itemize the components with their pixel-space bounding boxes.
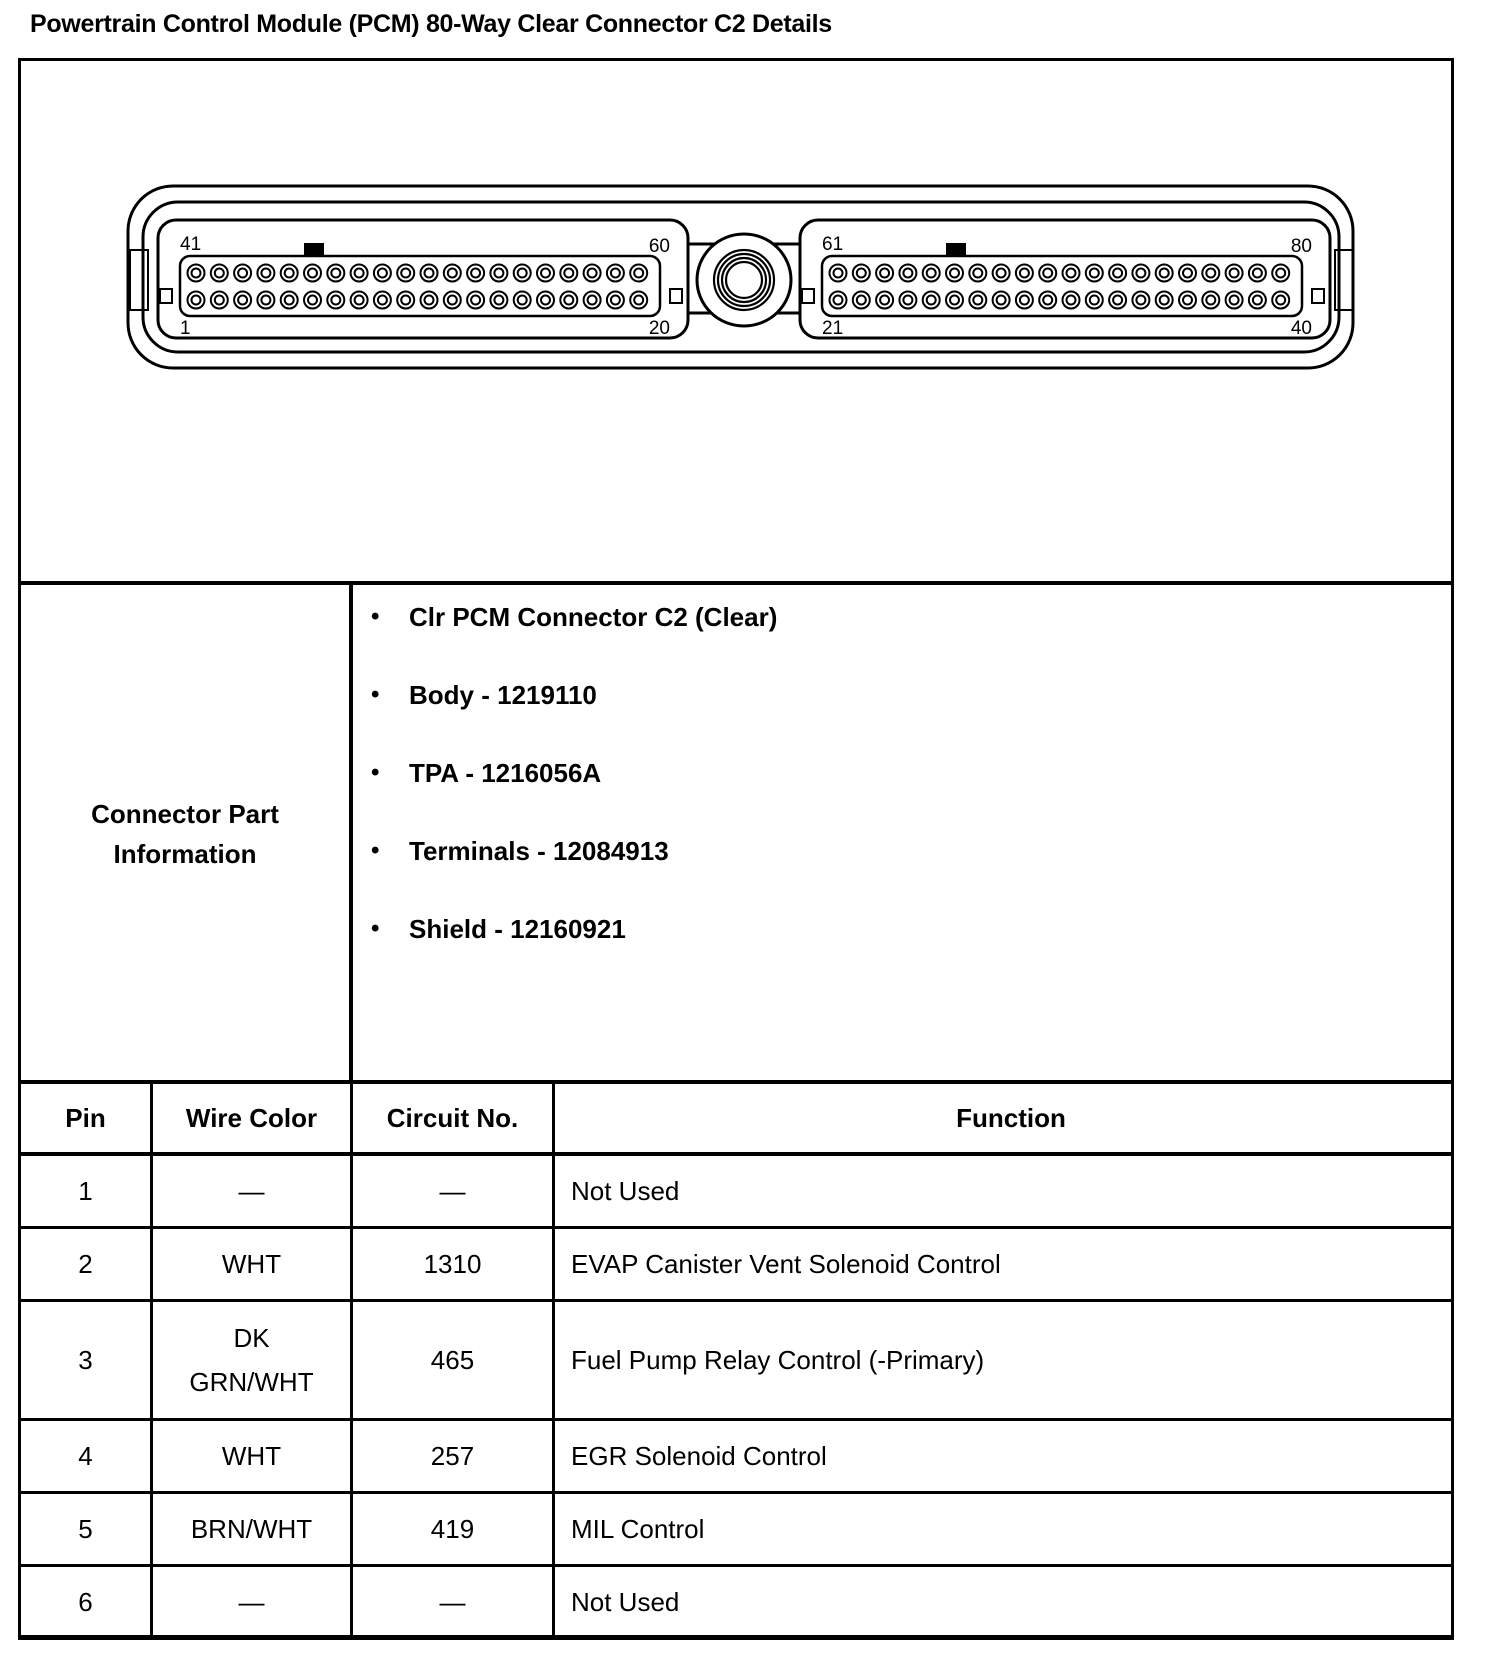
- pin-terminal: [584, 265, 601, 282]
- pin-terminal: [1249, 292, 1266, 309]
- pin-terminal-inner: [634, 269, 643, 278]
- table-row: 1 — — Not Used: [20, 1154, 1453, 1228]
- pin-terminal-inner: [1090, 296, 1099, 305]
- pin-terminal-inner: [355, 269, 364, 278]
- latch-slot: [1312, 289, 1324, 303]
- page-title: Powertrain Control Module (PCM) 80-Way C…: [30, 10, 832, 39]
- pin-terminal: [397, 292, 414, 309]
- pin-terminal: [1063, 265, 1080, 282]
- header-pin: Pin: [20, 1082, 152, 1154]
- table-row: 2 WHT 1310 EVAP Canister Vent Solenoid C…: [20, 1228, 1453, 1301]
- pin-terminal-inner: [834, 269, 843, 278]
- connector-part-info: Connector Part Information Clr PCM Conne…: [21, 585, 1451, 1083]
- pin-terminal-inner: [1020, 269, 1029, 278]
- pin-terminal: [1039, 292, 1056, 309]
- pin-terminal: [1039, 265, 1056, 282]
- pin-terminal-inner: [950, 269, 959, 278]
- pin-terminal: [327, 265, 344, 282]
- pin-terminal: [969, 265, 986, 282]
- pin-terminal: [1086, 292, 1103, 309]
- pin-terminal-inner: [1160, 269, 1169, 278]
- pin-terminal-inner: [1136, 296, 1145, 305]
- pin-terminal: [514, 292, 531, 309]
- part-info-item: Body - 1219110: [353, 679, 1451, 757]
- pin-terminal-inner: [308, 269, 317, 278]
- pin-terminal-inner: [880, 269, 889, 278]
- pin-terminal: [630, 292, 647, 309]
- pin-terminal: [234, 292, 251, 309]
- pin-terminal: [1016, 265, 1033, 282]
- table-row: 3 DK GRN/WHT 465 Fuel Pump Relay Control…: [20, 1301, 1453, 1420]
- pin-terminal-inner: [331, 269, 340, 278]
- pin-terminal-inner: [1253, 269, 1262, 278]
- pin-terminal: [1086, 265, 1103, 282]
- pin-terminal-inner: [1043, 296, 1052, 305]
- latch-slot: [160, 289, 172, 303]
- pin-terminal-inner: [997, 296, 1006, 305]
- pin-terminal: [1272, 292, 1289, 309]
- pin-terminal: [899, 265, 916, 282]
- latch-slot: [670, 289, 682, 303]
- cell-function: Not Used: [554, 1154, 1453, 1228]
- pin-terminal: [467, 292, 484, 309]
- cell-wire-color: DK GRN/WHT: [152, 1301, 352, 1420]
- pin-terminal: [1063, 292, 1080, 309]
- pin-terminal-inner: [1276, 269, 1285, 278]
- pin-terminal-inner: [448, 269, 457, 278]
- pin-terminal-inner: [1160, 296, 1169, 305]
- pin-terminal-inner: [331, 296, 340, 305]
- part-info-item: TPA - 1216056A: [353, 757, 1451, 835]
- pin-terminal-inner: [541, 296, 550, 305]
- pin-terminal-inner: [215, 296, 224, 305]
- pin-terminal: [304, 265, 321, 282]
- pin-terminal: [1109, 265, 1126, 282]
- pin-terminal: [899, 292, 916, 309]
- pin-terminal: [351, 292, 368, 309]
- pin-terminal-inner: [518, 296, 527, 305]
- pin-terminal: [1226, 292, 1243, 309]
- pin-terminal-inner: [1090, 269, 1099, 278]
- pin-terminal-inner: [588, 296, 597, 305]
- pin-terminal-inner: [1183, 269, 1192, 278]
- pin-terminal-inner: [611, 269, 620, 278]
- part-info-item: Terminals - 12084913: [353, 835, 1451, 913]
- pin-terminal: [1109, 292, 1126, 309]
- part-info-item: Shield - 12160921: [353, 913, 1451, 991]
- pin-terminal-inner: [401, 269, 410, 278]
- pin-terminal-inner: [448, 296, 457, 305]
- pin-terminal-inner: [541, 269, 550, 278]
- pin-terminal-inner: [285, 296, 294, 305]
- pin-terminal-inner: [1230, 296, 1239, 305]
- pin-terminal: [1249, 265, 1266, 282]
- pin-terminal: [304, 292, 321, 309]
- pin-terminal-inner: [238, 296, 247, 305]
- pin-terminal-inner: [1276, 296, 1285, 305]
- latch-slot: [802, 289, 814, 303]
- pin-terminal-inner: [401, 296, 410, 305]
- pin-terminal-inner: [308, 296, 317, 305]
- pin-terminal: [630, 265, 647, 282]
- header-wire-color: Wire Color: [152, 1082, 352, 1154]
- pin-terminal-inner: [261, 296, 270, 305]
- part-info-label: Connector Part Information: [21, 585, 353, 1083]
- pin-terminal-inner: [880, 296, 889, 305]
- pin-terminal: [1202, 292, 1219, 309]
- pin-terminal-inner: [192, 269, 201, 278]
- cell-function: Fuel Pump Relay Control (-Primary): [554, 1301, 1453, 1420]
- cell-wire-color: BRN/WHT: [152, 1493, 352, 1566]
- pin-terminal-inner: [425, 269, 434, 278]
- pin-terminal: [853, 292, 870, 309]
- pin-terminal: [211, 265, 228, 282]
- pin-terminal: [234, 265, 251, 282]
- pin-terminal-inner: [973, 296, 982, 305]
- cell-pin: 2: [20, 1228, 152, 1301]
- header-circuit: Circuit No.: [352, 1082, 554, 1154]
- pin-terminal-inner: [834, 296, 843, 305]
- cell-circuit: 1310: [352, 1228, 554, 1301]
- pin-terminal-inner: [285, 269, 294, 278]
- pin-terminal-inner: [927, 269, 936, 278]
- pin-terminal-inner: [261, 269, 270, 278]
- pin-label: 60: [649, 236, 670, 257]
- pin-terminal: [876, 292, 893, 309]
- pin-terminal: [211, 292, 228, 309]
- pin-terminal-inner: [1183, 296, 1192, 305]
- cell-pin: 3: [20, 1301, 152, 1420]
- pin-terminal: [421, 292, 438, 309]
- pin-terminal: [490, 265, 507, 282]
- pin-terminal-inner: [1113, 296, 1122, 305]
- part-info-list: Clr PCM Connector C2 (Clear) Body - 1219…: [353, 585, 1451, 1099]
- pin-terminal: [374, 292, 391, 309]
- connector-diagram-area: 416012061802140: [21, 61, 1451, 585]
- pin-terminal: [1272, 265, 1289, 282]
- pin-terminal-inner: [927, 296, 936, 305]
- pin-terminal: [1179, 292, 1196, 309]
- pin-label: 41: [180, 234, 201, 255]
- pin-terminal-inner: [1206, 296, 1215, 305]
- pin-label: 21: [822, 318, 843, 339]
- pin-terminal-inner: [1136, 269, 1145, 278]
- pin-terminal: [490, 292, 507, 309]
- pin-terminal: [397, 265, 414, 282]
- cell-circuit: 419: [352, 1493, 554, 1566]
- pin-terminal-inner: [1043, 269, 1052, 278]
- pin-terminal-inner: [973, 269, 982, 278]
- pin-terminal: [281, 292, 298, 309]
- pin-terminal: [584, 292, 601, 309]
- pin-terminal: [1179, 265, 1196, 282]
- wire-color-line1: DK: [233, 1323, 269, 1353]
- pin-terminal-inner: [903, 296, 912, 305]
- pin-terminal-inner: [1253, 296, 1262, 305]
- pinout-table: Pin Wire Color Circuit No. Function 1 — …: [18, 1080, 1454, 1640]
- pin-terminal: [1132, 292, 1149, 309]
- part-info-label-line2: Information: [114, 839, 257, 869]
- pin-terminal-inner: [215, 269, 224, 278]
- cell-pin: 5: [20, 1493, 152, 1566]
- pin-label: 80: [1291, 236, 1312, 257]
- pin-terminal: [560, 265, 577, 282]
- pin-terminal-inner: [1113, 269, 1122, 278]
- pin-terminal-inner: [1067, 269, 1076, 278]
- pin-terminal: [188, 265, 205, 282]
- pin-terminal: [467, 265, 484, 282]
- pin-terminal-inner: [355, 296, 364, 305]
- header-function: Function: [554, 1082, 1453, 1154]
- pin-terminal: [607, 292, 624, 309]
- pin-terminal: [327, 292, 344, 309]
- cell-function: EVAP Canister Vent Solenoid Control: [554, 1228, 1453, 1301]
- table-header-row: Pin Wire Color Circuit No. Function: [20, 1082, 1453, 1154]
- part-info-item: Clr PCM Connector C2 (Clear): [353, 601, 1451, 679]
- table-row: 6 — — Not Used: [20, 1566, 1453, 1639]
- pin-terminal: [946, 265, 963, 282]
- pin-terminal-inner: [192, 296, 201, 305]
- pin-terminal-inner: [471, 269, 480, 278]
- pin-terminal-inner: [1206, 269, 1215, 278]
- pin-terminal-inner: [1020, 296, 1029, 305]
- pin-terminal-inner: [425, 296, 434, 305]
- pin-terminal: [421, 265, 438, 282]
- pin-terminal: [1016, 292, 1033, 309]
- pin-terminal: [1156, 265, 1173, 282]
- pin-terminal: [1202, 265, 1219, 282]
- pin-terminal-inner: [950, 296, 959, 305]
- pin-label: 40: [1291, 318, 1312, 339]
- pin-terminal: [923, 265, 940, 282]
- cell-function: MIL Control: [554, 1493, 1453, 1566]
- pin-terminal: [993, 265, 1010, 282]
- pin-terminal: [281, 265, 298, 282]
- cell-wire-color: —: [152, 1566, 352, 1639]
- wire-color-line2: GRN/WHT: [189, 1367, 313, 1397]
- pin-terminal: [257, 265, 274, 282]
- pin-terminal-inner: [1067, 296, 1076, 305]
- cell-wire-color: WHT: [152, 1228, 352, 1301]
- pin-terminal: [853, 265, 870, 282]
- pin-terminal-inner: [564, 296, 573, 305]
- pin-terminal-inner: [378, 296, 387, 305]
- pin-terminal: [1132, 265, 1149, 282]
- pin-terminal: [188, 292, 205, 309]
- cell-function: EGR Solenoid Control: [554, 1420, 1453, 1493]
- pin-terminal-inner: [494, 269, 503, 278]
- pin-terminal: [560, 292, 577, 309]
- pin-terminal-inner: [378, 269, 387, 278]
- pin-terminal-inner: [588, 269, 597, 278]
- pin-terminal: [923, 292, 940, 309]
- cell-pin: 6: [20, 1566, 152, 1639]
- pin-terminal: [444, 292, 461, 309]
- pin-terminal-inner: [518, 269, 527, 278]
- pin-terminal-inner: [611, 296, 620, 305]
- cell-wire-color: —: [152, 1154, 352, 1228]
- pin-terminal-inner: [564, 269, 573, 278]
- pin-label: 20: [649, 318, 670, 339]
- pin-terminal: [514, 265, 531, 282]
- pin-label: 61: [822, 234, 843, 255]
- pin-terminal: [537, 265, 554, 282]
- pin-terminal-inner: [634, 296, 643, 305]
- cell-circuit: 257: [352, 1420, 554, 1493]
- pin-terminal-inner: [857, 269, 866, 278]
- pin-terminal-inner: [903, 269, 912, 278]
- cell-pin: 4: [20, 1420, 152, 1493]
- pin-terminal: [607, 265, 624, 282]
- pin-terminal: [1226, 265, 1243, 282]
- table-row: 5 BRN/WHT 419 MIL Control: [20, 1493, 1453, 1566]
- cell-circuit: —: [352, 1566, 554, 1639]
- pin-terminal-inner: [494, 296, 503, 305]
- pin-terminal: [876, 265, 893, 282]
- pin-terminal: [830, 265, 847, 282]
- pin-terminal: [993, 292, 1010, 309]
- pin-terminal: [257, 292, 274, 309]
- pin-terminal-inner: [857, 296, 866, 305]
- pin-terminal: [351, 265, 368, 282]
- center-bolt-boss: [697, 234, 791, 326]
- table-row: 4 WHT 257 EGR Solenoid Control: [20, 1420, 1453, 1493]
- pin-terminal-inner: [1230, 269, 1239, 278]
- connector-details-frame: 416012061802140 Connector Part Informati…: [18, 58, 1454, 1638]
- connector-left-tab: [130, 250, 148, 310]
- pin-label: 1: [180, 318, 191, 339]
- pin-terminal: [969, 292, 986, 309]
- cell-wire-color: WHT: [152, 1420, 352, 1493]
- pin-terminal: [537, 292, 554, 309]
- pin-terminal-inner: [997, 269, 1006, 278]
- pin-terminal: [830, 292, 847, 309]
- polarization-key-right: [946, 243, 966, 256]
- cell-circuit: 465: [352, 1301, 554, 1420]
- part-info-label-line1: Connector Part: [91, 799, 279, 829]
- pin-terminal: [946, 292, 963, 309]
- cell-circuit: —: [352, 1154, 554, 1228]
- pin-terminal-inner: [471, 296, 480, 305]
- pin-terminal: [1156, 292, 1173, 309]
- cell-pin: 1: [20, 1154, 152, 1228]
- polarization-key-left: [304, 243, 324, 256]
- cell-function: Not Used: [554, 1566, 1453, 1639]
- connector-diagram: 416012061802140: [21, 61, 1451, 581]
- pin-terminal-inner: [238, 269, 247, 278]
- pin-terminal: [444, 265, 461, 282]
- pin-terminal: [374, 265, 391, 282]
